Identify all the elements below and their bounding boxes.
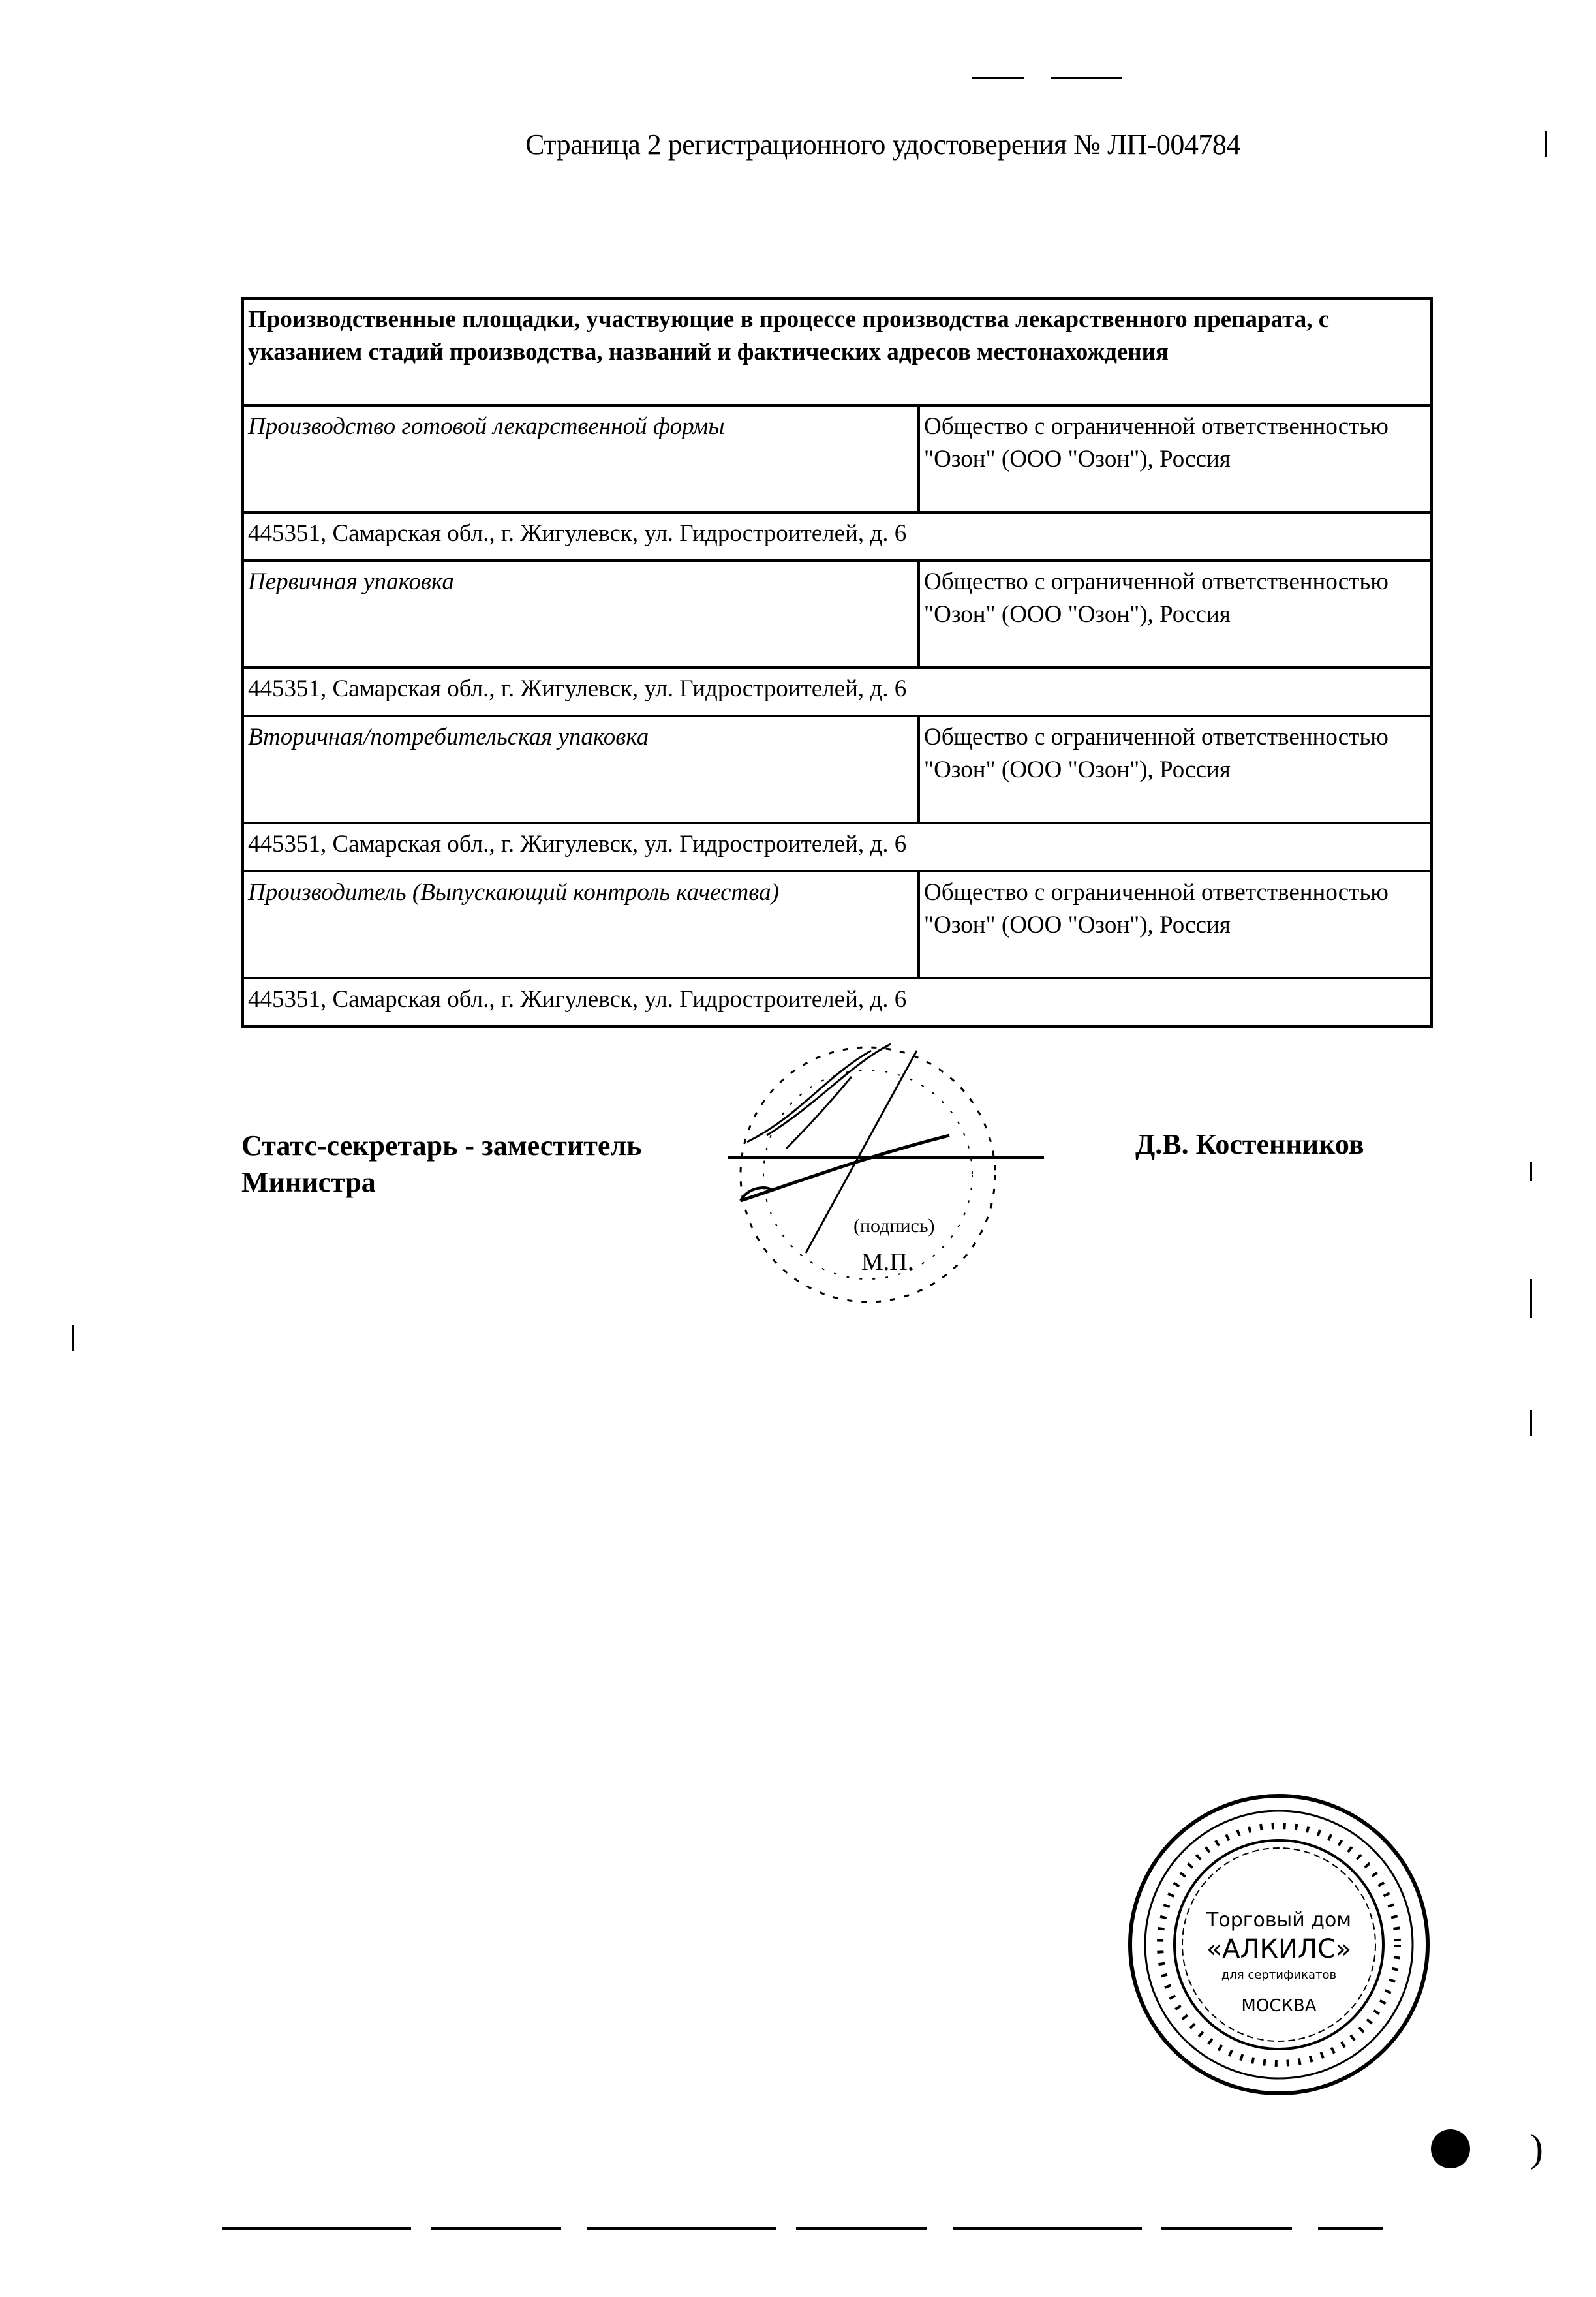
- address-row: 445351, Самарская обл., г. Жигулевск, ул…: [243, 978, 1432, 1026]
- address-cell: 445351, Самарская обл., г. Жигулевск, ул…: [243, 978, 1432, 1026]
- stage-cell: Производитель (Выпускающий контроль каче…: [243, 871, 919, 978]
- stamp-line1: Торговый дом: [1122, 1909, 1435, 1932]
- address-cell: 445351, Самарская обл., г. Жигулевск, ул…: [243, 668, 1432, 716]
- seal-mark: М.П.: [861, 1248, 913, 1276]
- table-row: Производитель (Выпускающий контроль каче…: [243, 871, 1432, 978]
- stage-cell: Вторичная/потребительская упаковка: [243, 716, 919, 823]
- signer-name: Д.В. Костенников: [1135, 1128, 1364, 1161]
- page-title: Страница 2 регистрационного удостоверени…: [0, 128, 1596, 161]
- signature-line: [728, 1156, 1044, 1159]
- scan-artifact: [1530, 1279, 1532, 1318]
- address-row: 445351, Самарская обл., г. Жигулевск, ул…: [243, 668, 1432, 716]
- organization-cell: Общество с ограниченной ответственностью…: [919, 871, 1432, 978]
- scan-artifact: [72, 1325, 74, 1351]
- table-header-row: Производственные площадки, участвующие в…: [243, 298, 1432, 405]
- stamp-line3: для сертификатов: [1122, 1968, 1435, 1982]
- scan-artifact: [1530, 1410, 1532, 1436]
- scan-artifact: [972, 77, 1024, 79]
- stamp-line2: «АЛКИЛС»: [1122, 1934, 1435, 1964]
- page-title-text: Страница 2 регистрационного удостоверени…: [525, 129, 1240, 161]
- signer-position-line1: Статс-секретарь - заместитель: [241, 1128, 641, 1164]
- signer-position-line2: Министра: [241, 1164, 641, 1201]
- signature-caption: (подпись): [853, 1215, 935, 1237]
- scan-artifact: ): [1530, 2126, 1543, 2171]
- footer-rule: [222, 2227, 1383, 2230]
- stage-cell: Первичная упаковка: [243, 561, 919, 668]
- production-sites-table: Производственные площадки, участвующие в…: [241, 297, 1433, 1028]
- organization-cell: Общество с ограниченной ответственностью…: [919, 405, 1432, 512]
- table-row: Вторичная/потребительская упаковка Общес…: [243, 716, 1432, 823]
- table-header: Производственные площадки, участвующие в…: [243, 298, 1432, 405]
- scan-artifact: [1530, 1162, 1532, 1181]
- address-row: 445351, Самарская обл., г. Жигулевск, ул…: [243, 823, 1432, 871]
- address-row: 445351, Самарская обл., г. Жигулевск, ул…: [243, 512, 1432, 561]
- stage-cell: Производство готовой лекарственной формы: [243, 405, 919, 512]
- table-row: Первичная упаковка Общество с ограниченн…: [243, 561, 1432, 668]
- table-row: Производство готовой лекарственной формы…: [243, 405, 1432, 512]
- punch-hole-icon: [1431, 2129, 1470, 2168]
- company-stamp-text: Торговый дом «АЛКИЛС» для сертификатов М…: [1122, 1788, 1435, 2016]
- scan-artifact: [1051, 77, 1122, 79]
- address-cell: 445351, Самарская обл., г. Жигулевск, ул…: [243, 823, 1432, 871]
- stamp-city: МОСКВА: [1122, 1996, 1435, 2016]
- signer-position: Статс-секретарь - заместитель Министра: [241, 1128, 641, 1201]
- organization-cell: Общество с ограниченной ответственностью…: [919, 561, 1432, 668]
- address-cell: 445351, Самарская обл., г. Жигулевск, ул…: [243, 512, 1432, 561]
- organization-cell: Общество с ограниченной ответственностью…: [919, 716, 1432, 823]
